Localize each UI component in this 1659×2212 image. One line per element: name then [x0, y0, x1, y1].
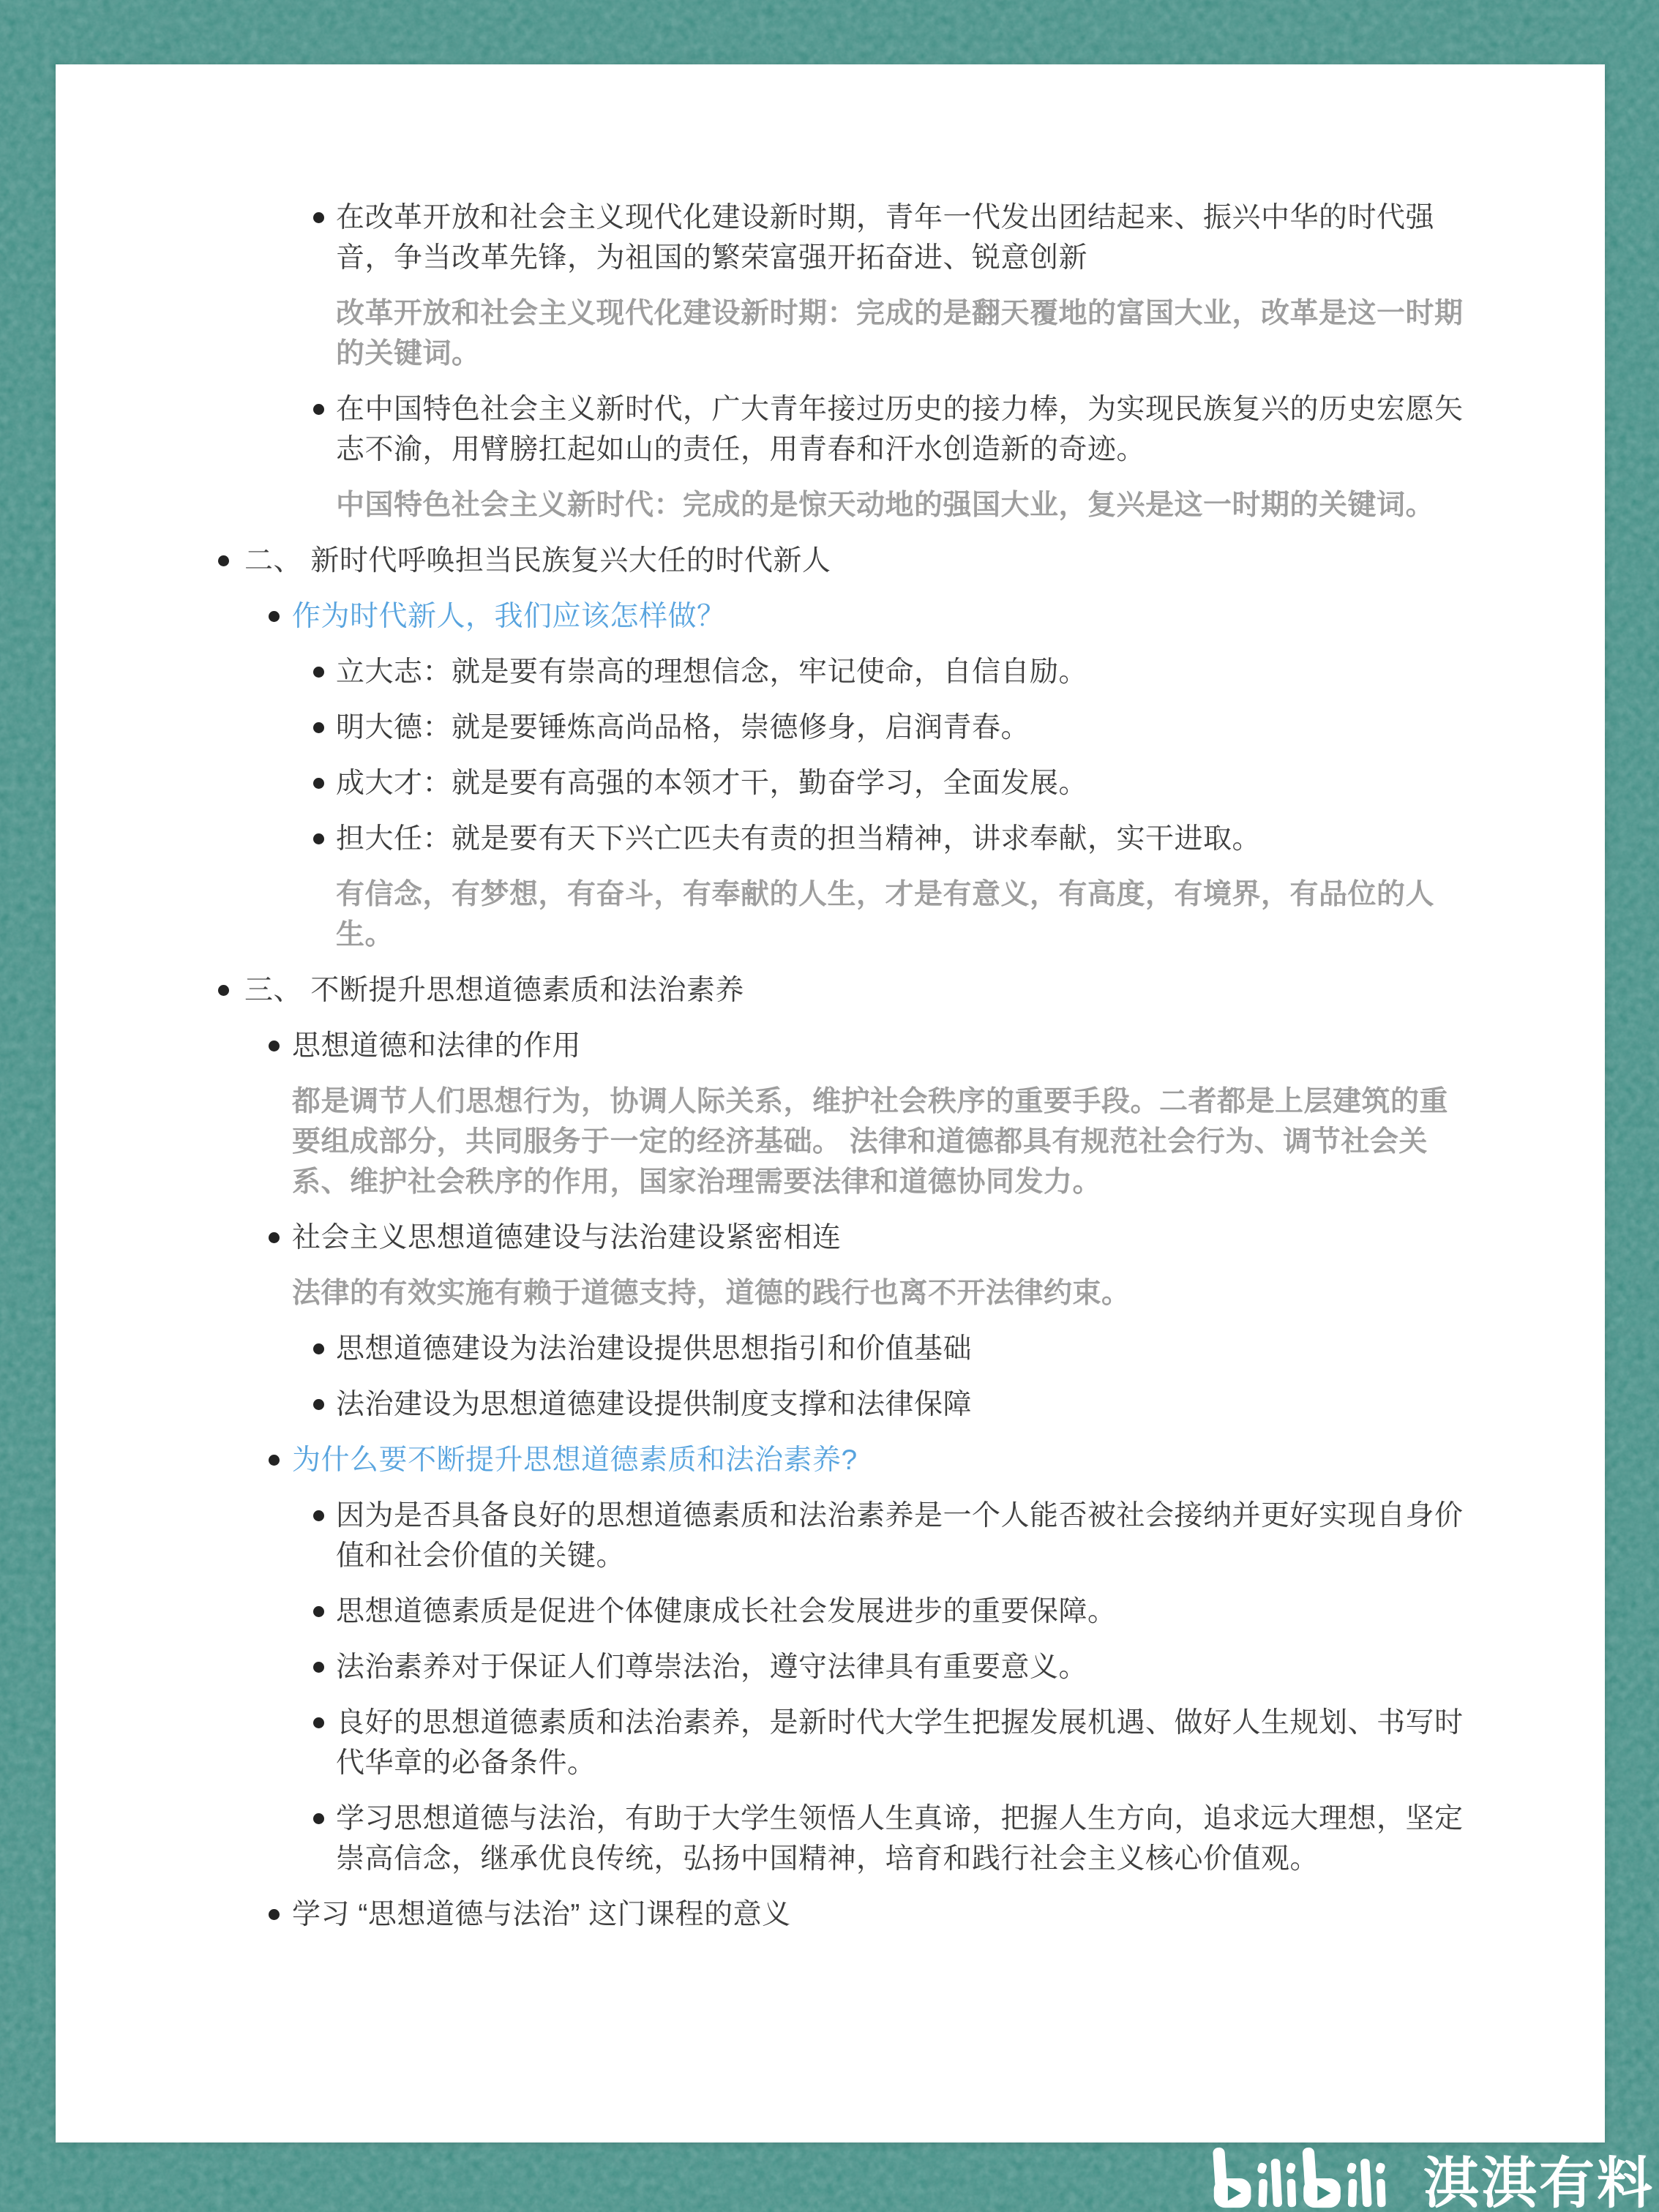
outline-item: 立大志：就是要有崇高的理想信念，牢记使命，自信自励。 — [56, 652, 1605, 692]
screenshot-stage: 在改革开放和社会主义现代化建设新时期，青年一代发出团结起来、振兴中华的时代强音，… — [0, 0, 1659, 2212]
notes-outline: 在改革开放和社会主义现代化建设新时期，青年一代发出团结起来、振兴中华的时代强音，… — [56, 198, 1605, 1950]
watermark-brand-text: 淇淇有料 — [1423, 2158, 1655, 2211]
outline-item: 明大德：就是要锤炼高尚品格，崇德修身，启润青春。 — [56, 708, 1605, 748]
outline-item: 在中国特色社会主义新时代，广大青年接过历史的接力棒，为实现民族复兴的历史宏愿矢志… — [56, 389, 1605, 470]
outline-item: 思想道德素质是促进个体健康成长社会发展进步的重要保障。 — [56, 1591, 1605, 1632]
outline-item: 思想道德和法律的作用 — [56, 1026, 1605, 1066]
notes-page: 在改革开放和社会主义现代化建设新时期，青年一代发出团结起来、振兴中华的时代强音，… — [56, 64, 1605, 2142]
outline-item: 在改革开放和社会主义现代化建设新时期，青年一代发出团结起来、振兴中华的时代强音，… — [56, 198, 1605, 278]
outline-item: 成大才：就是要有高强的本领才干，勤奋学习，全面发展。 — [56, 763, 1605, 803]
outline-note: 有信念，有梦想，有奋斗，有奉献的人生，才是有意义，有高度，有境界，有品位的人生。 — [56, 874, 1605, 955]
outline-item: 思想道德建设为法治建设提供思想指引和价值基础 — [56, 1329, 1605, 1369]
outline-question-item: 为什么要不断提升思想道德素质和法治素养? — [56, 1440, 1605, 1480]
outline-item: 二、 新时代呼唤担当民族复兴大任的时代新人 — [56, 541, 1605, 581]
bilibili-logo-icon — [1196, 2146, 1416, 2211]
outline-question-item: 作为时代新人，我们应该怎样做？ — [56, 596, 1605, 637]
outline-note: 改革开放和社会主义现代化建设新时期：完成的是翻天覆地的富国大业，改革是这一时期的… — [56, 293, 1605, 374]
outline-item: 学习 “思想道德与法治” 这门课程的意义 — [56, 1894, 1605, 1935]
outline-item: 社会主义思想道德建设与法治建设紧密相连 — [56, 1218, 1605, 1258]
outline-item: 学习思想道德与法治，有助于大学生领悟人生真谛，把握人生方向，追求远大理想，坚定崇… — [56, 1799, 1605, 1879]
outline-item: 三、 不断提升思想道德素质和法治素养 — [56, 970, 1605, 1011]
outline-item: 良好的思想道德素质和法治素养，是新时代大学生把握发展机遇、做好人生规划、书写时代… — [56, 1703, 1605, 1783]
outline-item: 法治建设为思想道德建设提供制度支撑和法律保障 — [56, 1384, 1605, 1425]
outline-item: 因为是否具备良好的思想道德素质和法治素养是一个人能否被社会接纳并更好实现自身价值… — [56, 1496, 1605, 1576]
outline-item: 法治素养对于保证人们尊崇法治，遵守法律具有重要意义。 — [56, 1647, 1605, 1687]
outline-note: 都是调节人们思想行为，协调人际关系，维护社会秩序的重要手段。二者都是上层建筑的重… — [56, 1081, 1605, 1202]
outline-note: 法律的有效实施有赖于道德支持，道德的践行也离不开法律约束。 — [56, 1273, 1605, 1313]
watermark: 淇淇有料 — [1196, 2146, 1655, 2211]
outline-item: 担大任：就是要有天下兴亡匹夫有责的担当精神，讲求奉献，实干进取。 — [56, 819, 1605, 859]
outline-note: 中国特色社会主义新时代：完成的是惊天动地的强国大业，复兴是这一时期的关键词。 — [56, 485, 1605, 525]
